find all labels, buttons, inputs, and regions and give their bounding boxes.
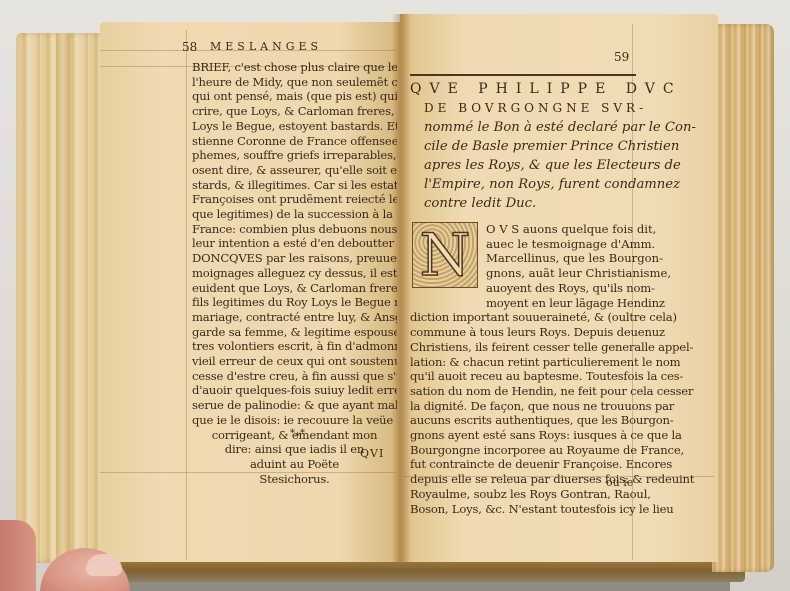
text-line: aucuns escrits authentiques, que les Bou…: [410, 413, 690, 428]
text-line: cesse d'estre creu, à fin aussi que s'il…: [192, 369, 397, 384]
text-line: vieil erreur de ceux qui ont soustenu le…: [192, 354, 397, 369]
text-line: qui ont pensé, mais (que pis est) qui on…: [192, 89, 397, 104]
text-line: que legitimes) de la succession à la Cor…: [192, 207, 397, 222]
heading-line: apres les Roys, & que les Electeurs de: [410, 156, 696, 175]
text-line: mariage, contracté entre luy, & Ansgard,…: [192, 310, 397, 325]
text-line: tres volontiers escrit, à fin d'admonnes…: [192, 339, 397, 354]
text-line: moignages alleguez cy dessus, il est cla…: [192, 266, 397, 281]
text-line: gnons ayent esté sans Roys: iusques à ce…: [410, 428, 690, 443]
text-line: l'heure de Midy, que non seulemẽt ceux o…: [192, 75, 397, 90]
text-line: fut contraincte de deuenir Françoise. En…: [410, 457, 690, 472]
text-line: Royaulme, soubz les Roys Gontran, Raoul,: [410, 487, 690, 502]
running-head: MESLANGES: [210, 40, 322, 53]
text-line: euident que Loys, & Carloman freres esto…: [192, 281, 397, 296]
initial-letter: N: [420, 226, 471, 284]
text-line: fils legitimes du Roy Loys le Begue nez …: [192, 295, 397, 310]
drop-cap-text: O V S auons quelque fois dit, auec le te…: [486, 222, 671, 281]
thumb-nail: [86, 554, 122, 576]
text-line: Stesichorus.: [192, 472, 397, 487]
right-page-text: auoyent des Roys, qu'ils nom- moyent en …: [410, 281, 690, 516]
text-line: Christiens, ils feirent cesser telle gen…: [410, 340, 690, 355]
heading-line: DE BOVRGONGNE SVR-: [410, 99, 696, 118]
text-line: sation du nom de Hendin, ne feit pour ce…: [410, 384, 690, 399]
text-line: lation: & chacun retint particulierement…: [410, 355, 690, 370]
text-line: stienne Coronne de France offensee de te…: [192, 134, 397, 149]
text-line: auec le tesmoignage d'Amm.: [486, 237, 671, 252]
heading-line: contre ledit Duc.: [410, 194, 696, 213]
text-line: moyent en leur lãgage Hendinz: [486, 296, 690, 311]
heading-line: QVE PHILIPPE DVC: [410, 80, 696, 99]
heading-line: nommé le Bon à esté declaré par le Con-: [410, 118, 696, 137]
book-photo: 58 MESLANGES BRIEF, c'est chose plus cla…: [0, 0, 790, 591]
page-number-left: 58: [182, 40, 197, 54]
text-line: phemes, souffre griefs irreparables, par…: [192, 148, 397, 163]
asterism-ornament: *⁎*: [290, 428, 305, 439]
rule-line: [186, 30, 187, 560]
heading-line: l'Empire, non Roys, furent condamnez: [410, 175, 696, 194]
text-line: DONCQVES par les raisons, preuues & tes-: [192, 251, 397, 266]
text-line: France: combien plus debuons nous croire…: [192, 222, 397, 237]
catchword-left: QVI: [360, 447, 384, 460]
text-line: gnons, auãt leur Christianisme,: [486, 266, 671, 281]
text-line: Françoises ont prudẽment reiecté les fil…: [192, 192, 397, 207]
text-line: la dignité. De façon, que nous ne trouuo…: [410, 399, 690, 414]
text-line: qu'il auoit receu au baptesme. Toutesfoi…: [410, 369, 690, 384]
text-line: que ie le disois: ie recouure la veüe en: [192, 413, 397, 428]
text-line: Bourgongne incorporee au Royaume de Fran…: [410, 443, 690, 458]
hand-fingers: [0, 520, 36, 591]
decorated-initial: N: [412, 222, 478, 288]
text-line: garde sa femme, & legitime espouse. Ce q…: [192, 325, 397, 340]
text-line: depuis elle se releua par diuerses fois:…: [410, 472, 690, 487]
text-line: osent dire, & asseurer, qu'elle soit esc…: [192, 163, 397, 178]
text-line: Marcellinus, que les Bourgon-: [486, 251, 671, 266]
heading-line: cile de Basle premier Prince Christien: [410, 137, 696, 156]
text-line: diction important souueraineté, & (oultr…: [410, 310, 690, 325]
text-line: Boson, Loys, &c. N'estant toutesfois icy…: [410, 502, 690, 517]
text-line: leur intention a esté d'en deboutter les…: [192, 236, 397, 251]
text-line: commune à tous leurs Roys. Depuis deuenu…: [410, 325, 690, 340]
text-line: stards, & illegitimes. Car si les estats…: [192, 178, 397, 193]
text-line: crire, que Loys, & Carloman freres, filz…: [192, 104, 397, 119]
text-line: serue de palinodie: & que ayant mal veu …: [192, 398, 397, 413]
catchword-right: ou ie: [606, 476, 633, 489]
chapter-heading: QVE PHILIPPE DVC DE BOVRGONGNE SVR- nomm…: [410, 80, 696, 213]
book-board: [95, 560, 745, 582]
text-line: BRIEF, c'est chose plus claire que le io…: [192, 60, 397, 75]
right-page-edges: [712, 24, 774, 572]
text-line: Loys le Begue, estoyent bastards. Et la …: [192, 119, 397, 134]
heading-rule: [410, 74, 636, 76]
left-page-text: BRIEF, c'est chose plus claire que le io…: [192, 60, 397, 486]
page-number-right: 59: [614, 50, 629, 64]
left-page-edges: [16, 33, 108, 563]
text-line: auoyent des Roys, qu'ils nom-: [486, 281, 690, 296]
text-line: d'auoir quelques-fois suiuy ledit erreur…: [192, 383, 397, 398]
text-line: O V S auons quelque fois dit,: [486, 222, 671, 237]
